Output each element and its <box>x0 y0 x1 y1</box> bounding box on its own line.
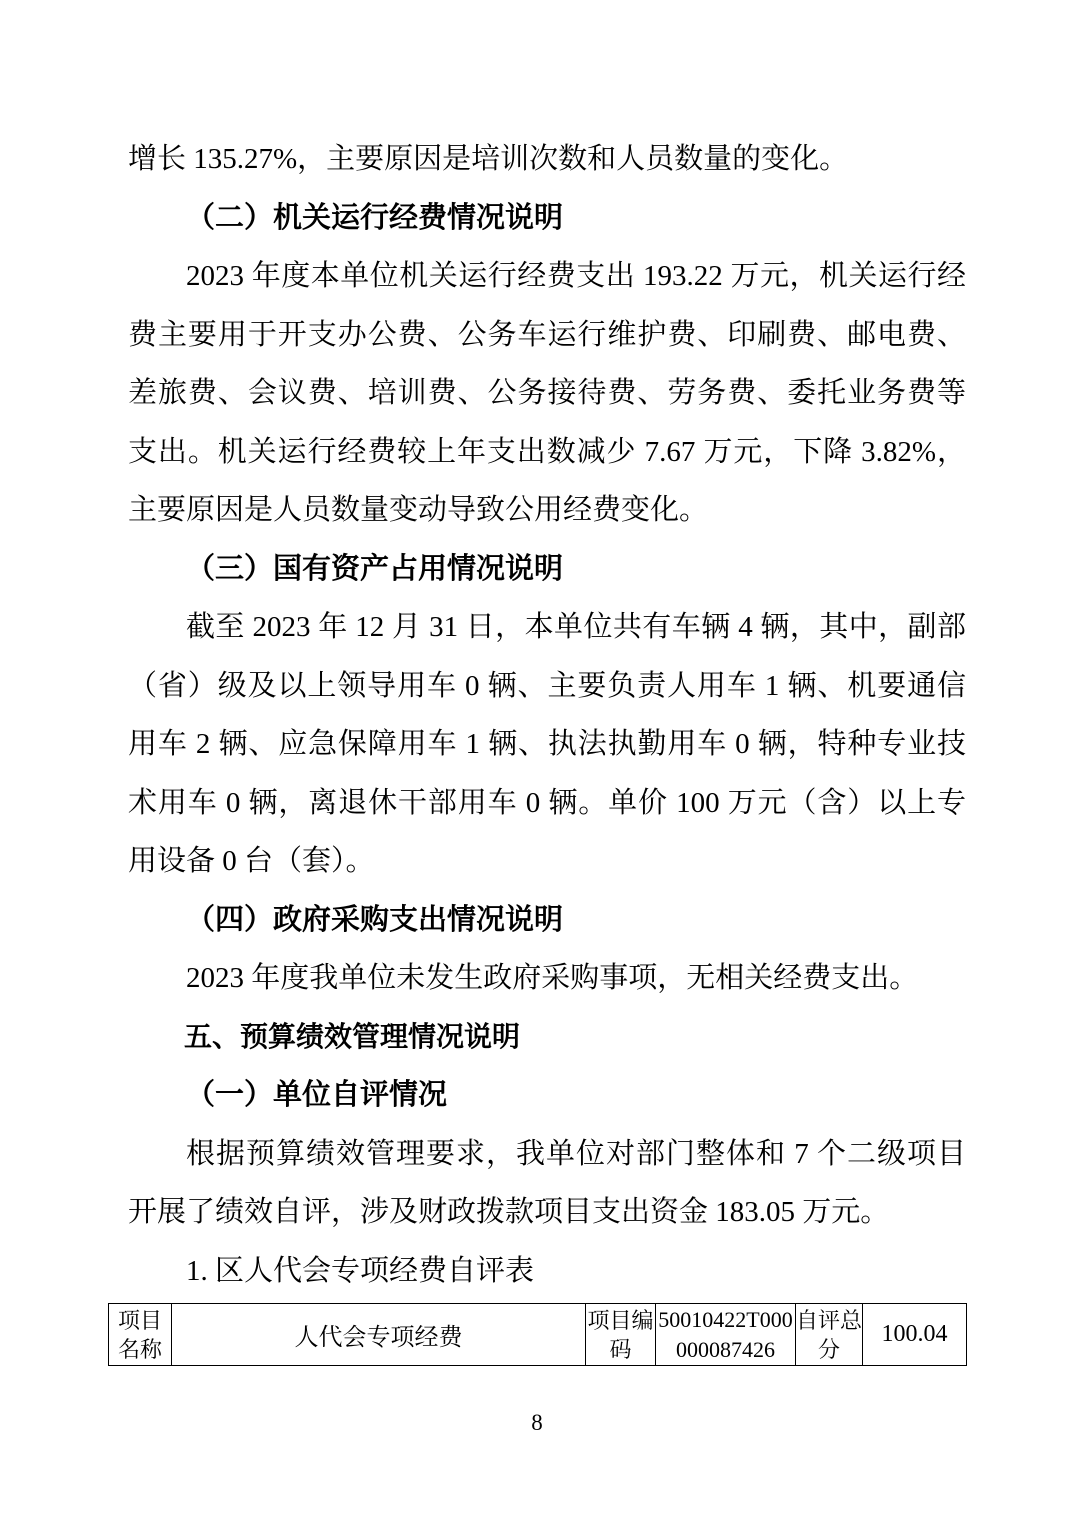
table-value-project-code: 50010422T000000087426 <box>656 1304 796 1366</box>
document-page: 增长 135.27%，主要原因是培训次数和人员数量的变化。 （二）机关运行经费情… <box>0 0 1074 1520</box>
page-number: 8 <box>0 1410 1074 1436</box>
section-heading-3: （三）国有资产占用情况说明 <box>128 540 966 599</box>
body-paragraph-operating-expenses: 2023 年度本单位机关运行经费支出 193.22 万元，机关运行经费主要用于开… <box>128 247 966 540</box>
body-paragraph-table-caption: 1. 区人代会专项经费自评表 <box>128 1242 966 1301</box>
body-paragraph-self-evaluation: 根据预算绩效管理要求，我单位对部门整体和 7 个二级项目开展了绩效自评，涉及财政… <box>128 1125 966 1242</box>
chapter-heading-5: 五、预算绩效管理情况说明 <box>128 1008 966 1067</box>
table-row: 项目名称 人代会专项经费 项目编码 50010422T000000087426 … <box>109 1304 967 1366</box>
body-paragraph-state-assets: 截至 2023 年 12 月 31 日，本单位共有车辆 4 辆，其中，副部（省）… <box>128 598 966 891</box>
section-heading-1: （一）单位自评情况 <box>128 1066 966 1125</box>
table-label-self-eval-score: 自评总分 <box>796 1304 863 1366</box>
self-evaluation-table: 项目名称 人代会专项经费 项目编码 50010422T000000087426 … <box>108 1303 967 1366</box>
table-value-project-name: 人代会专项经费 <box>172 1304 586 1366</box>
section-heading-4: （四）政府采购支出情况说明 <box>128 891 966 950</box>
table-label-project-name: 项目名称 <box>109 1304 172 1366</box>
page-content: 增长 135.27%，主要原因是培训次数和人员数量的变化。 （二）机关运行经费情… <box>128 130 966 1366</box>
table-label-project-code: 项目编码 <box>586 1304 656 1366</box>
body-paragraph-procurement: 2023 年度我单位未发生政府采购事项，无相关经费支出。 <box>128 949 966 1008</box>
table-value-self-eval-score: 100.04 <box>863 1304 967 1366</box>
section-heading-2: （二）机关运行经费情况说明 <box>128 189 966 248</box>
body-paragraph-continuation: 增长 135.27%，主要原因是培训次数和人员数量的变化。 <box>128 130 966 189</box>
